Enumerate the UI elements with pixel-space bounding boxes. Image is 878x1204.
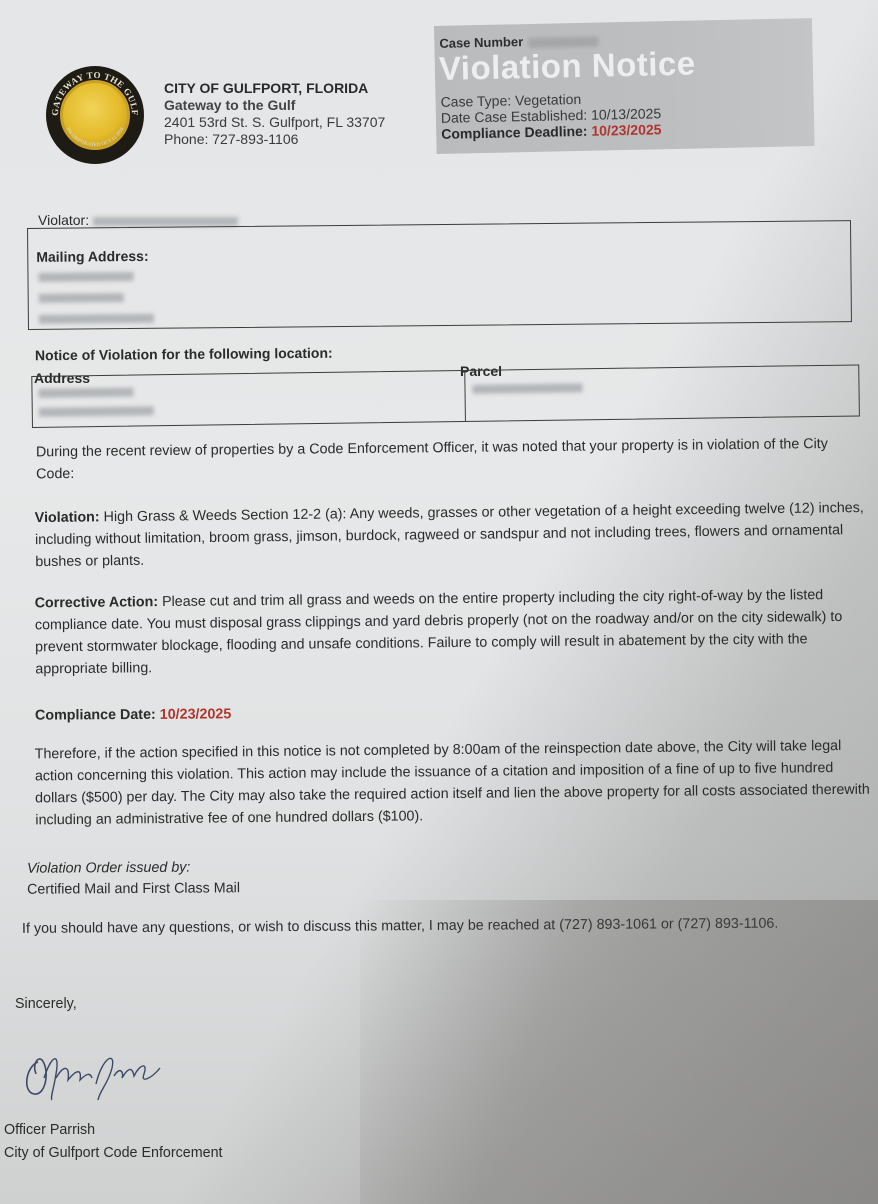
city-letterhead: CITY OF GULFPORT, FLORIDA Gateway to the…: [164, 80, 385, 148]
mailing-address-box: Mailing Address:: [27, 220, 852, 330]
location-divider: [464, 371, 466, 421]
violator-label: Violator:: [38, 212, 89, 228]
officer-signature-block: Officer Parrish City of Gulfport Code En…: [4, 1119, 223, 1165]
compliance-date-label: Compliance Date:: [35, 707, 160, 724]
penalty-paragraph: Therefore, if the action specified in th…: [35, 735, 876, 832]
deadline-value: 10/23/2025: [591, 121, 661, 138]
address-line-redacted: [39, 406, 154, 417]
case-details: Case Type: Vegetation Date Case Establis…: [440, 89, 661, 142]
corrective-action-paragraph: Corrective Action: Please cut and trim a…: [35, 584, 872, 681]
compliance-deadline: Compliance Deadline: 10/23/2025: [441, 121, 662, 142]
handwritten-signature-icon: [20, 1044, 180, 1104]
mailing-line-redacted: [38, 272, 133, 282]
violator-redacted: [93, 217, 238, 226]
violation-text: High Grass & Weeds Section 12-2 (a): Any…: [35, 500, 864, 570]
svg-text:GATEWAY TO THE GULF: GATEWAY TO THE GULF: [50, 70, 140, 116]
issued-by-method: Certified Mail and First Class Mail: [27, 878, 240, 900]
issued-by-block: Violation Order issued by: Certified Mai…: [27, 857, 240, 900]
city-name: CITY OF GULFPORT, FLORIDA: [164, 80, 385, 97]
address-line-redacted: [38, 388, 133, 398]
mailing-address-lines: [38, 272, 154, 336]
violation-paragraph: Violation: High Grass & Weeds Section 12…: [35, 497, 872, 573]
mailing-line-redacted: [39, 314, 154, 324]
violation-label: Violation:: [35, 509, 100, 526]
issued-by-label: Violation Order issued by:: [27, 857, 240, 879]
city-seal-icon: GATEWAY TO THE GULF INCORPORATED OCT 12 …: [46, 66, 144, 164]
deadline-label: Compliance Deadline:: [441, 123, 591, 142]
svg-text:INCORPORATED OCT 12 1910: INCORPORATED OCT 12 1910: [65, 127, 126, 149]
parcel-redacted: [472, 384, 582, 395]
officer-name: Officer Parrish: [4, 1119, 223, 1142]
location-heading: Notice of Violation for the following lo…: [35, 345, 333, 364]
location-parcel: [472, 379, 582, 399]
seal-ring-text: GATEWAY TO THE GULF INCORPORATED OCT 12 …: [46, 66, 144, 164]
location-address: [38, 387, 154, 427]
notice-title: Violation Notice: [439, 45, 697, 88]
corrective-label: Corrective Action:: [35, 594, 159, 611]
city-tagline: Gateway to the Gulf: [164, 97, 385, 114]
salutation: Sincerely,: [15, 996, 77, 1012]
case-info-box: Case Number Violation Notice Case Type: …: [434, 18, 815, 154]
city-phone: Phone: 727-893-1106: [164, 131, 385, 148]
city-address: 2401 53rd St. S. Gulfport, FL 33707: [164, 114, 385, 131]
officer-department: City of Gulfport Code Enforcement: [4, 1142, 223, 1165]
mailing-address-label: Mailing Address:: [36, 248, 148, 265]
mailing-line-redacted: [39, 293, 124, 303]
compliance-date-value: 10/23/2025: [160, 706, 232, 722]
intro-paragraph: During the recent review of properties b…: [36, 433, 866, 486]
compliance-date: Compliance Date: 10/23/2025: [35, 706, 231, 723]
